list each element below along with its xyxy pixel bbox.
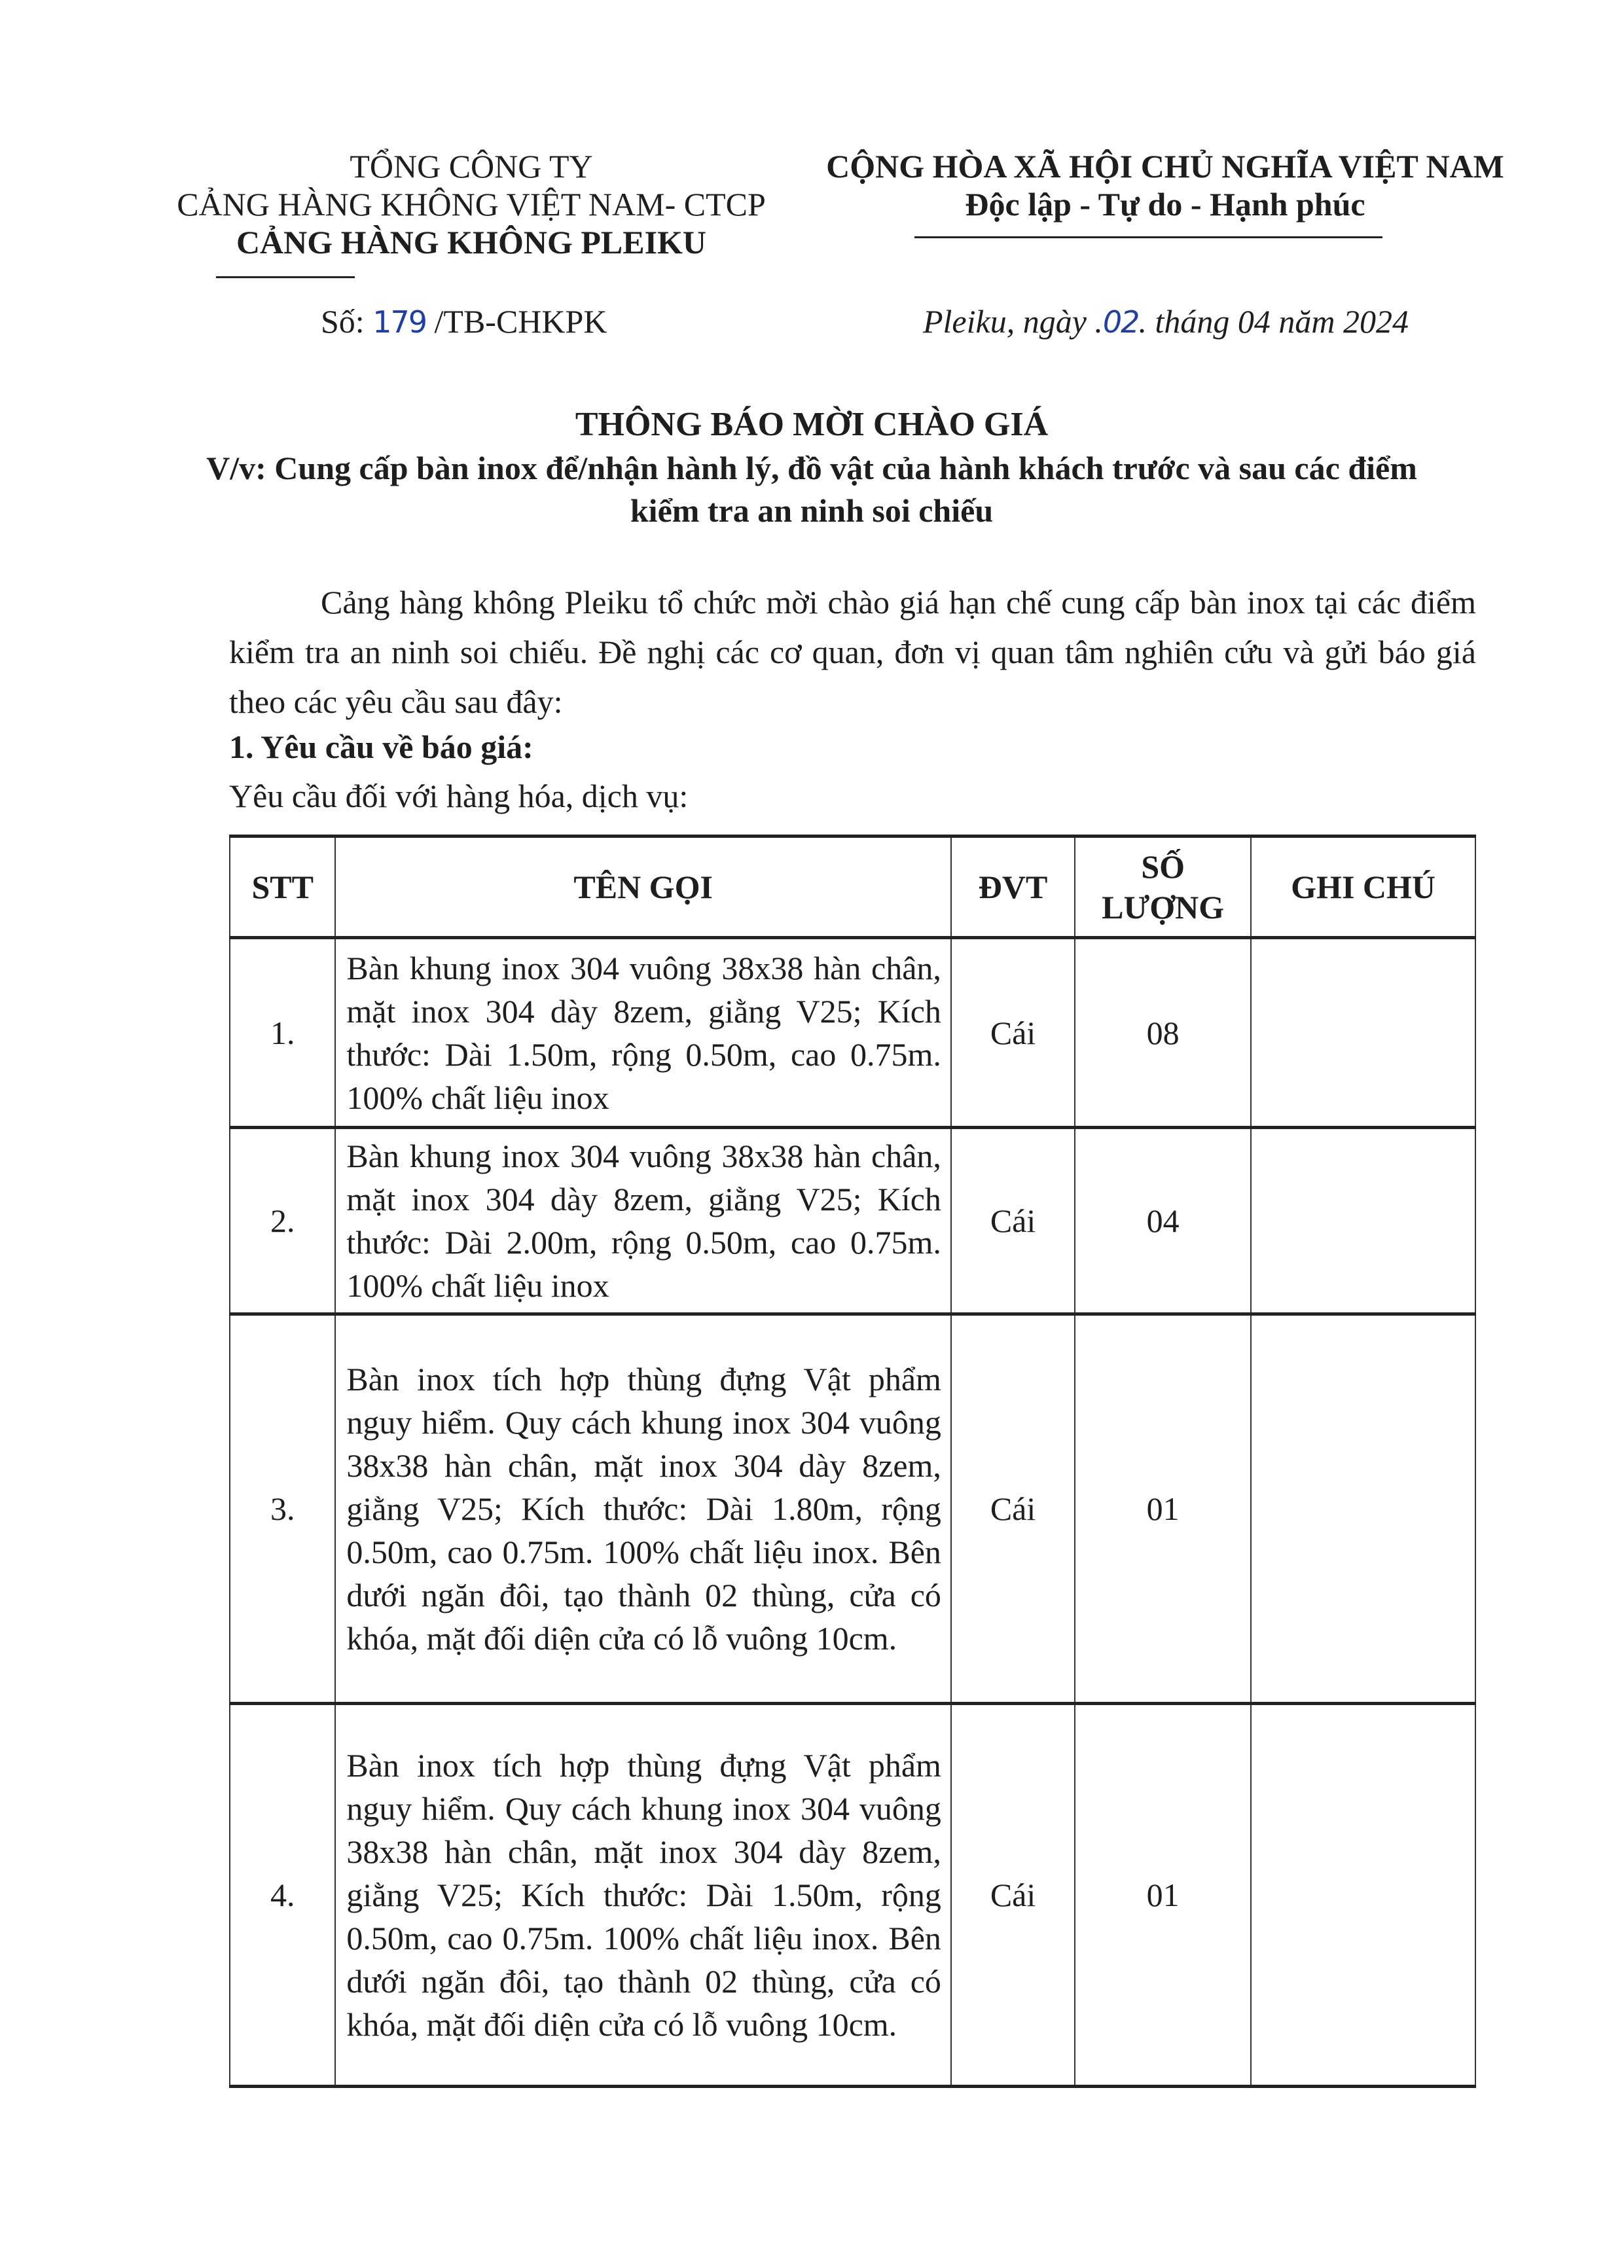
row-stt: 4. <box>230 1704 335 2087</box>
issuer-parent-line2: CẢNG HÀNG KHÔNG VIỆT NAM- CTCP <box>131 185 812 223</box>
section-subheading: Yêu cầu đối với hàng hóa, dịch vụ: <box>229 777 688 815</box>
row-quantity: 01 <box>1075 1314 1251 1704</box>
section-heading: 1. Yêu cầu về báo giá: <box>229 728 533 766</box>
row-unit: Cái <box>951 1704 1075 2087</box>
country-name: CỘNG HÒA XÃ HỘI CHỦ NGHĨA VIỆT NAM <box>818 147 1512 185</box>
row-stt: 3. <box>230 1314 335 1704</box>
row-name: Bàn khung inox 304 vuông 38x38 hàn chân,… <box>335 1128 951 1314</box>
handwritten-number: 179 <box>372 304 426 340</box>
intro-paragraph: Cảng hàng không Pleiku tổ chức mời chào … <box>229 577 1476 727</box>
header-name: TÊN GỌI <box>335 837 951 938</box>
document-title: THÔNG BÁO MỜI CHÀO GIÁ <box>131 406 1492 444</box>
row-note <box>1251 938 1475 1128</box>
row-name: Bàn inox tích hợp thùng đựng Vật phẩm ng… <box>335 1704 951 2087</box>
header-quantity: SỐ LƯỢNG <box>1075 837 1251 938</box>
row-stt: 1. <box>230 938 335 1128</box>
document-date: Pleiku, ngày .02. tháng 04 năm 2024 <box>923 302 1409 340</box>
table-row: 2. Bàn khung inox 304 vuông 38x38 hàn ch… <box>230 1128 1475 1314</box>
row-name: Bàn khung inox 304 vuông 38x38 hàn chân,… <box>335 938 951 1128</box>
row-quantity: 04 <box>1075 1128 1251 1314</box>
motto-underline <box>914 236 1382 238</box>
issuer-underline <box>216 276 355 278</box>
table-header-row: STT TÊN GỌI ĐVT SỐ LƯỢNG GHI CHÚ <box>230 837 1475 938</box>
header-note: GHI CHÚ <box>1251 837 1475 938</box>
issuer-parent-line1: TỔNG CÔNG TY <box>131 147 812 185</box>
row-quantity: 01 <box>1075 1704 1251 2087</box>
document-subject: V/v: Cung cấp bàn inox để/nhận hành lý, … <box>196 447 1427 532</box>
issuer-name: CẢNG HÀNG KHÔNG PLEIKU <box>131 223 812 261</box>
number-suffix: /TB-CHKPK <box>435 303 607 340</box>
table-row: 4. Bàn inox tích hợp thùng đựng Vật phẩm… <box>230 1704 1475 2087</box>
date-prefix: Pleiku, ngày . <box>923 303 1103 340</box>
row-unit: Cái <box>951 1128 1075 1314</box>
table-row: 1. Bàn khung inox 304 vuông 38x38 hàn ch… <box>230 938 1475 1128</box>
date-suffix: . tháng 04 năm 2024 <box>1138 303 1409 340</box>
row-unit: Cái <box>951 1314 1075 1704</box>
header-unit: ĐVT <box>951 837 1075 938</box>
motto: Độc lập - Tự do - Hạnh phúc <box>818 185 1512 223</box>
national-motto-block: CỘNG HÒA XÃ HỘI CHỦ NGHĨA VIỆT NAM Độc l… <box>818 147 1512 223</box>
handwritten-day: 02 <box>1103 304 1139 340</box>
issuer-block: TỔNG CÔNG TY CẢNG HÀNG KHÔNG VIỆT NAM- C… <box>131 147 812 261</box>
header-stt: STT <box>230 837 335 938</box>
row-unit: Cái <box>951 938 1075 1128</box>
number-label: Số: <box>321 303 365 340</box>
row-note <box>1251 1128 1475 1314</box>
row-note <box>1251 1704 1475 2087</box>
row-name: Bàn inox tích hợp thùng đựng Vật phẩm ng… <box>335 1314 951 1704</box>
row-quantity: 08 <box>1075 938 1251 1128</box>
items-table: STT TÊN GỌI ĐVT SỐ LƯỢNG GHI CHÚ 1. Bàn … <box>229 835 1476 2088</box>
row-note <box>1251 1314 1475 1704</box>
document-number: Số: 179 /TB-CHKPK <box>321 302 607 340</box>
table-row: 3. Bàn inox tích hợp thùng đựng Vật phẩm… <box>230 1314 1475 1704</box>
row-stt: 2. <box>230 1128 335 1314</box>
